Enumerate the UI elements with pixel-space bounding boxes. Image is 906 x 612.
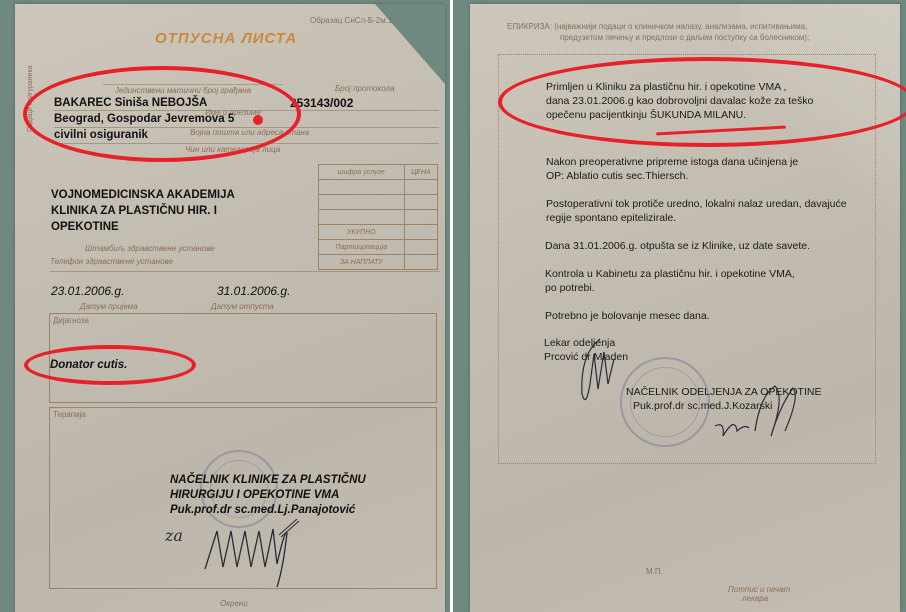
fee-table: шифра услуге ЦЕНА УКУПНО Партиципација З… xyxy=(318,164,438,270)
handwritten-signature-icon: za xyxy=(165,519,375,594)
epicrisis-paragraph-3: Postoperativni tok protiče uredno, lokal… xyxy=(546,197,847,225)
turn-over-label: Окрени xyxy=(220,599,248,608)
epicrisis-paragraph-2: Nakon preoperativne pripreme istoga dana… xyxy=(546,155,798,183)
protocol-label: Број протокола xyxy=(335,84,394,93)
form-code: Образац СнСл-Б-2м.1 xyxy=(310,16,392,25)
annotation-circle-epicrisis xyxy=(498,57,906,147)
fee-total-label: УКУПНО xyxy=(319,225,405,240)
right-document-photo: ЕПИКРИЗА: (најважнији подаци о клиничком… xyxy=(453,0,906,612)
annotation-circle-patient xyxy=(23,66,301,162)
discharge-date: 31.01.2006.g. xyxy=(217,284,290,299)
fee-header-code: шифра услуге xyxy=(319,165,405,180)
admission-date: 23.01.2006.g. xyxy=(51,284,124,299)
signature-label: Потпис и печат лекара xyxy=(728,585,790,603)
therapy-label: Терапија xyxy=(53,410,86,419)
discharge-form-front: Образац СнСл-Б-2м.1 ОТПУСНА ЛИСТА Јединс… xyxy=(15,4,445,612)
institution-stamp-label: Штамбиљ здравствене установе xyxy=(85,244,215,253)
left-document-photo: Образац СнСл-Б-2м.1 ОТПУСНА ЛИСТА Јединс… xyxy=(0,0,450,612)
mp-label: М.П. xyxy=(646,567,663,576)
institution-name: VOJNOMEDICINSKA AKADEMIJA KLINIKA ZA PLA… xyxy=(51,187,235,235)
svg-text:za: za xyxy=(165,526,183,545)
epicrisis-paragraph-6: Potrebno je bolovanje mesec dana. xyxy=(545,309,710,323)
epicrisis-label-2: предузетом лечењу и предлози о даљем пос… xyxy=(560,33,809,42)
diagnosis-label: Дијагноза xyxy=(53,316,89,325)
epicrisis-paragraph-5: Kontrola u Kabinetu za plastičnu hir. i … xyxy=(545,267,795,295)
epicrisis-paragraph-4: Dana 31.01.2006.g. otpušta se iz Klinike… xyxy=(545,239,810,253)
fee-participation-label: Партиципација xyxy=(319,240,405,255)
clinic-head-signature-block: NAČELNIK KLINIKE ZA PLASTIČNU HIRURGIJU … xyxy=(170,473,366,518)
discharge-date-label: Датум отпуста xyxy=(211,302,274,311)
head-signature-icon xyxy=(705,376,815,446)
fee-payable-label: ЗА НАПЛАТУ xyxy=(319,255,405,270)
admission-date-label: Датум пријема xyxy=(80,302,138,311)
form-title: ОТПУСНА ЛИСТА xyxy=(155,30,297,47)
fee-header-price: ЦЕНА xyxy=(404,165,437,180)
institution-phone-label: Телефон здравствене установе xyxy=(50,257,173,266)
epicrisis-label: ЕПИКРИЗА: (најважнији подаци о клиничком… xyxy=(507,22,807,31)
annotation-circle-diagnosis xyxy=(24,345,196,385)
discharge-form-back: ЕПИКРИЗА: (најважнији подаци о клиничком… xyxy=(470,4,900,612)
